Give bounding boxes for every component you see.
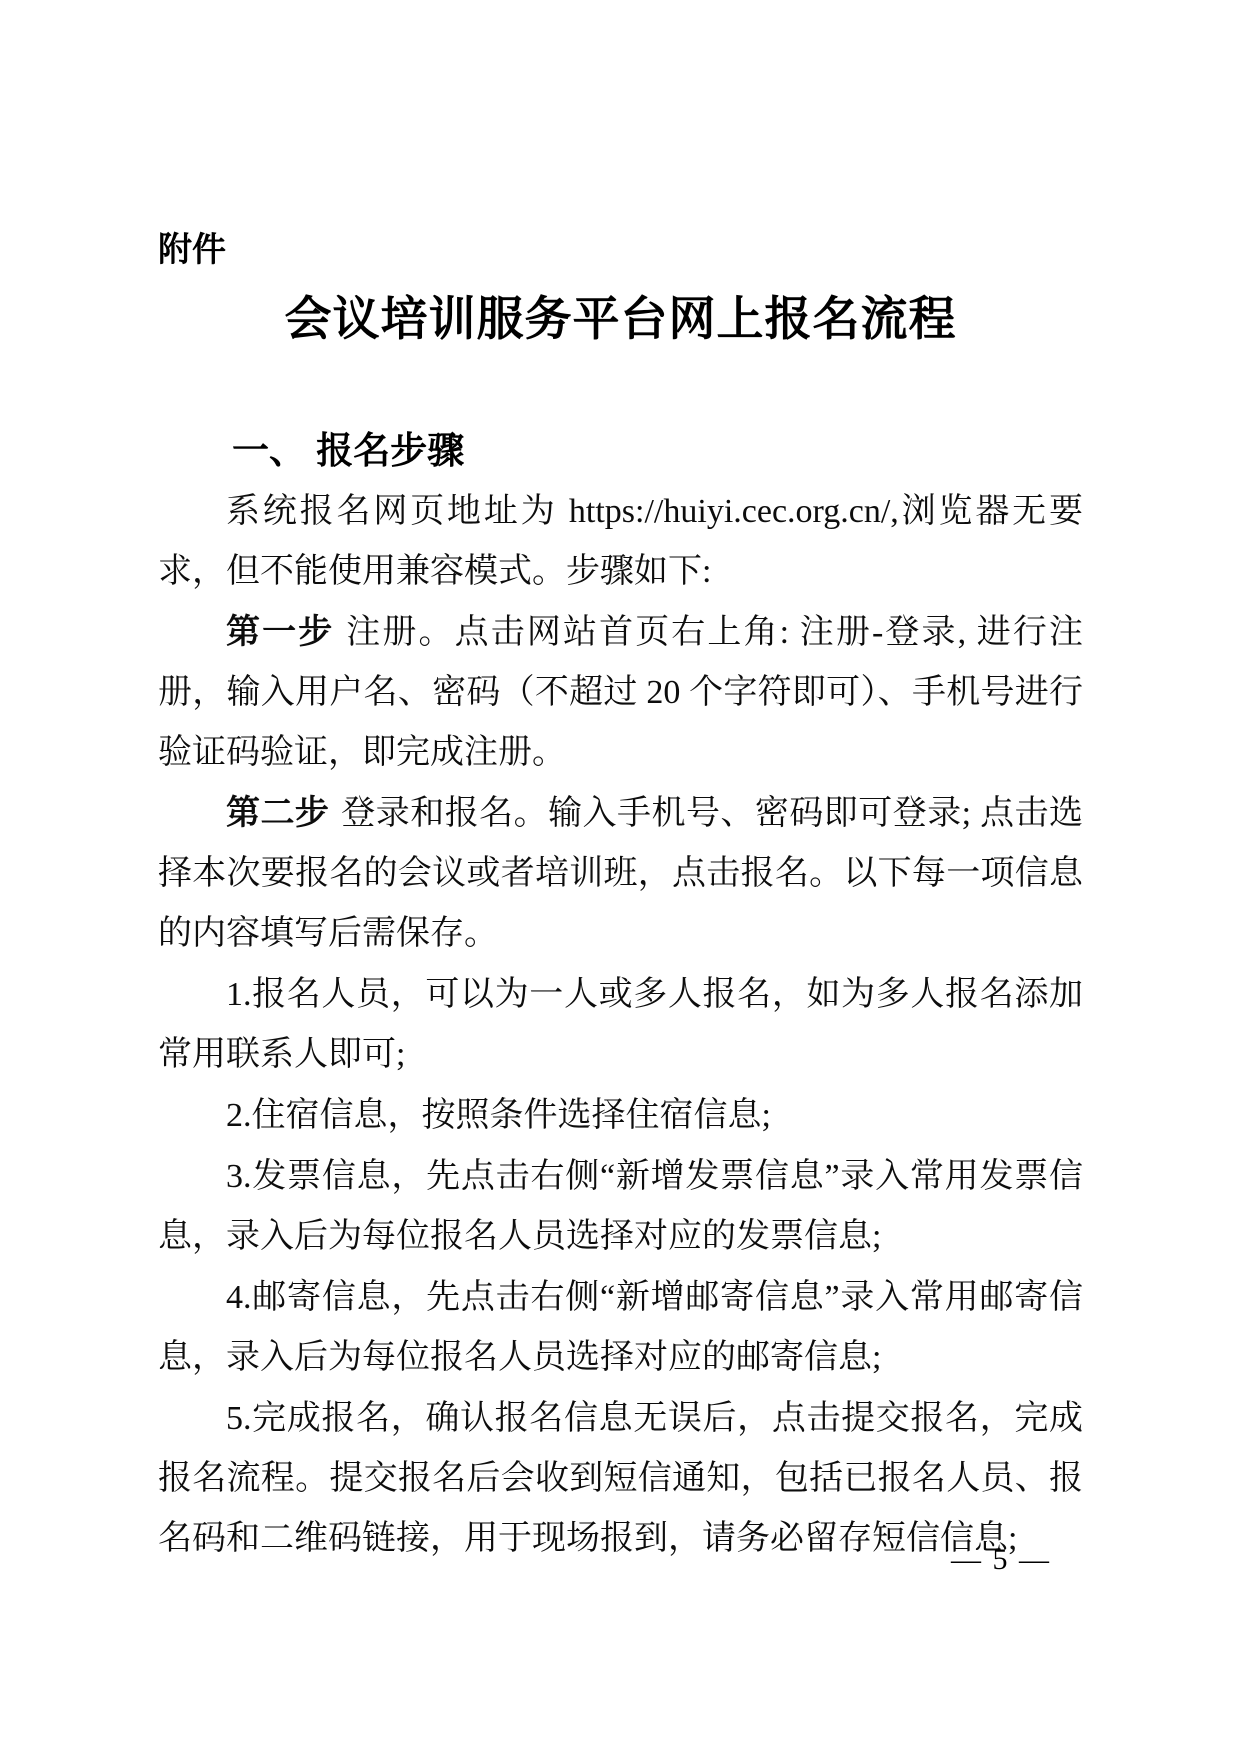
paragraph-text: 5.完成报名，确认报名信息无误后，点击提交报名，完成报名流程。提交报名后会收到短…: [158, 1400, 1083, 1557]
paragraph-item-4: 4.邮寄信息，先点击右侧“新增邮寄信息”录入常用邮寄信息，录入后为每位报名人员选…: [158, 1267, 1083, 1388]
step-label: 第二步: [226, 794, 329, 832]
paragraph-item-3: 3.发票信息，先点击右侧“新增发票信息”录入常用发票信息，录入后为每位报名人员选…: [158, 1146, 1083, 1267]
page-number: — 5 —: [951, 1543, 1051, 1577]
paragraph-text: 3.发票信息，先点击右侧“新增发票信息”录入常用发票信息，录入后为每位报名人员选…: [158, 1158, 1083, 1255]
paragraph-item-1: 1.报名人员，可以为一人或多人报名，如为多人报名添加常用联系人即可;: [158, 964, 1083, 1085]
paragraph-text: 1.报名人员，可以为一人或多人报名，如为多人报名添加常用联系人即可;: [158, 976, 1083, 1073]
paragraph-text: 系统报名网页地址为 https://huiyi.cec.org.cn/,浏览器无…: [158, 493, 1083, 590]
paragraph-text: 4.邮寄信息，先点击右侧“新增邮寄信息”录入常用邮寄信息，录入后为每位报名人员选…: [158, 1279, 1083, 1376]
paragraph-text: 2.住宿信息，按照条件选择住宿信息;: [226, 1097, 771, 1134]
paragraph-step-2: 第二步登录和报名。输入手机号、密码即可登录; 点击选择本次要报名的会议或者培训班…: [158, 783, 1083, 964]
document-body: 系统报名网页地址为 https://huiyi.cec.org.cn/,浏览器无…: [158, 481, 1083, 1569]
section-heading: 一、 报名步骤: [158, 427, 1083, 475]
document-title: 会议培训服务平台网上报名流程: [158, 291, 1083, 347]
document-page: 附件 会议培训服务平台网上报名流程 一、 报名步骤 系统报名网页地址为 http…: [0, 0, 1241, 1754]
attachment-label: 附件: [158, 231, 1083, 269]
paragraph-step-1: 第一步注册。点击网站首页右上角: 注册-登录, 进行注册，输入用户名、密码（不超…: [158, 602, 1083, 783]
step-label: 第一步: [226, 613, 334, 651]
paragraph-item-2: 2.住宿信息，按照条件选择住宿信息;: [158, 1085, 1083, 1146]
paragraph-intro: 系统报名网页地址为 https://huiyi.cec.org.cn/,浏览器无…: [158, 481, 1083, 602]
paragraph-item-5: 5.完成报名，确认报名信息无误后，点击提交报名，完成报名流程。提交报名后会收到短…: [158, 1388, 1083, 1569]
